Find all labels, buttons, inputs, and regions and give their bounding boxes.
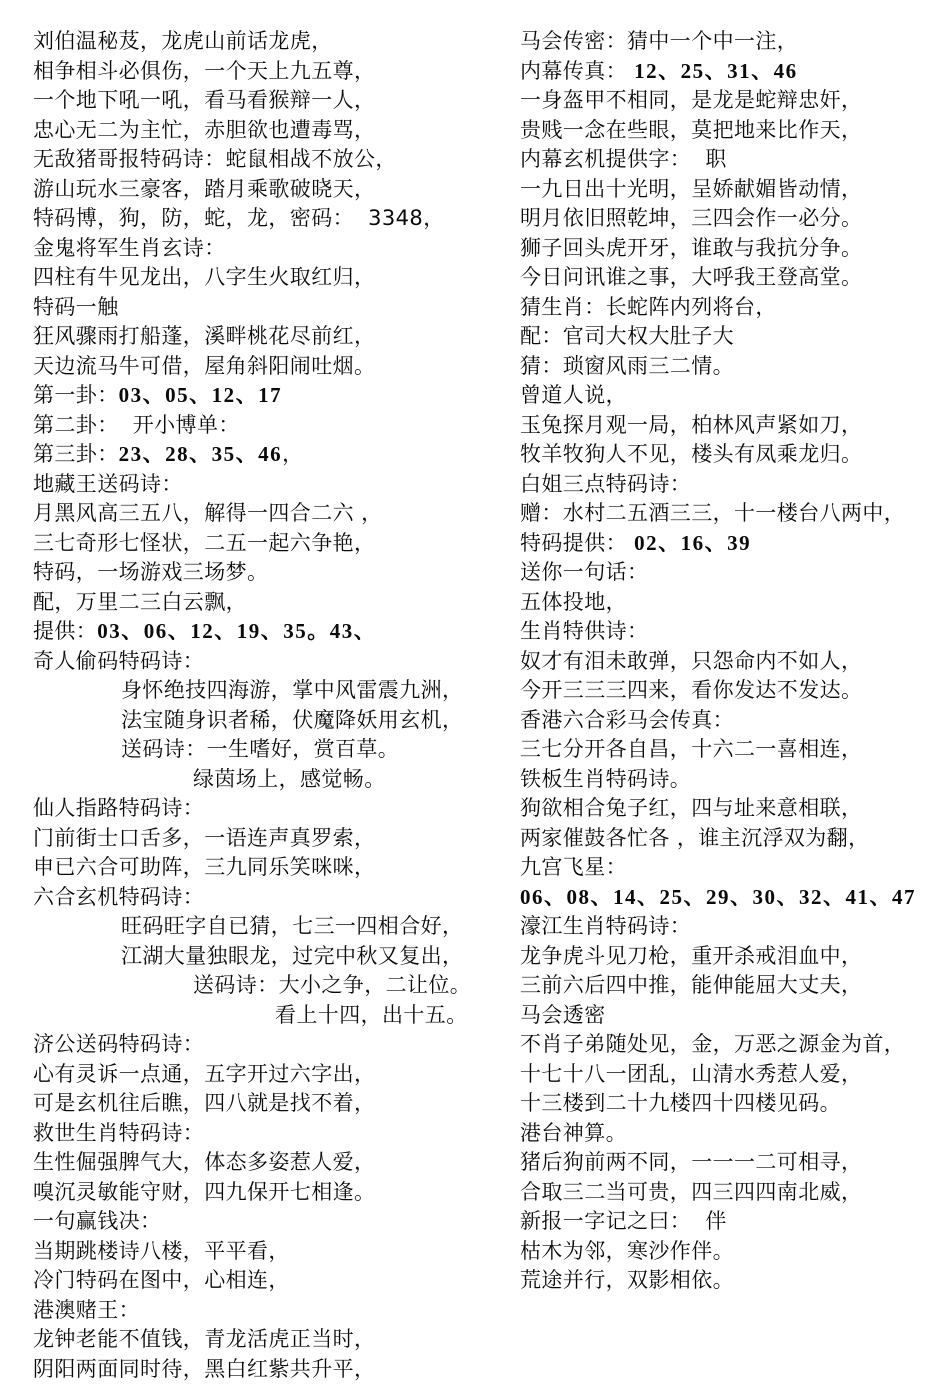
- text-run: 看上十四，出十五。: [275, 1003, 468, 1027]
- text-run: 送码诗：大小之争，二让位。: [193, 973, 471, 997]
- text-run: 马会透密: [520, 1003, 606, 1027]
- text-run: 相争相斗必俱伤，一个天上九五尊，: [33, 59, 375, 83]
- text-run: 新报一字记之曰： 伴: [520, 1209, 727, 1233]
- text-line: 白姐三点特码诗：: [520, 470, 932, 500]
- text-run: 阴阳两面同时待，黑白红紫共升平，: [33, 1357, 375, 1381]
- text-run: 马会传密：猜中一个中一注，: [520, 29, 798, 53]
- text-line: 猪后狗前两不同，一一一二可相寻，: [520, 1148, 932, 1178]
- text-run: 当期跳楼诗八楼，平平看，: [33, 1239, 290, 1263]
- number-run: 23、28、35、46: [119, 442, 283, 466]
- text-line: 送你一句话：: [520, 558, 932, 588]
- text-run: 送码诗：一生嗜好，赏百草。: [121, 737, 399, 761]
- text-line: 无敌猪哥报特码诗：蛇鼠相战不放公，: [33, 145, 498, 175]
- text-run: 身怀绝技四海游，掌中风雷震九洲，: [121, 678, 463, 702]
- text-line: 06、08、14、25、29、30、32、41、47: [520, 883, 932, 913]
- text-run: 三七奇形七怪状，二五一起六争艳，: [33, 531, 375, 555]
- text-line: 贵贱一念在些眼，莫把地来比作天，: [520, 116, 932, 146]
- text-run: 配：官司大权大肚子大: [520, 324, 734, 348]
- text-run: 地藏王送码诗：: [33, 472, 183, 496]
- text-run: 港台神算。: [520, 1121, 627, 1145]
- text-line: 天边流马牛可借，屋角斜阳闹吐烟。: [33, 352, 498, 382]
- text-run: 提供：: [33, 619, 97, 643]
- text-line: 玉兔探月观一局，柏林风声紧如刀，: [520, 411, 932, 441]
- text-run: 门前街士口舌多，一语连声真罗索，: [33, 826, 375, 850]
- text-run: 特码提供：: [520, 531, 634, 555]
- text-run: 合取三二当可贵，四三四四南北威，: [520, 1180, 862, 1204]
- text-line: 阴阳两面同时待，黑白红紫共升平，: [33, 1355, 498, 1385]
- text-run: 绿茵场上，感觉畅。: [193, 767, 386, 791]
- text-run: 第二卦： 开小博单：: [33, 413, 240, 437]
- text-line: 狂风骤雨打船蓬，溪畔桃花尽前红，: [33, 322, 498, 352]
- text-run: 法宝随身识者稀，伏魔降妖用玄机，: [121, 708, 463, 732]
- text-run: 游山玩水三豪客，踏月乘歌破晓天，: [33, 177, 375, 201]
- text-line: 可是玄机往后瞧，四八就是找不着，: [33, 1089, 498, 1119]
- text-line: 法宝随身识者稀，伏魔降妖用玄机，: [33, 706, 498, 736]
- text-line: 配：官司大权大肚子大: [520, 322, 932, 352]
- text-line: 特码，一场游戏三场梦。: [33, 558, 498, 588]
- text-run: 狗欲相合兔子红，四与址来意相联，: [520, 796, 862, 820]
- text-line: 送码诗：大小之争，二让位。: [33, 971, 498, 1001]
- text-run: 白姐三点特码诗：: [520, 472, 691, 496]
- text-line: 猜生肖：长蛇阵内列将台，: [520, 293, 932, 323]
- text-run: 忠心无二为主忙，赤胆欲也遭毒骂，: [33, 118, 375, 142]
- text-line: 一身盔甲不相同，是龙是蛇辩忠奸，: [520, 86, 932, 116]
- text-line: 濠江生肖特码诗：: [520, 912, 932, 942]
- text-line: 牧羊牧狗人不见，楼头有凤乘龙归。: [520, 440, 932, 470]
- text-run: 金鬼将军生肖玄诗：: [33, 236, 226, 260]
- text-run: 生肖特供诗：: [520, 619, 648, 643]
- text-line: 十三楼到二十九楼四十四楼见码。: [520, 1089, 932, 1119]
- text-line: 身怀绝技四海游，掌中风雷震九洲，: [33, 676, 498, 706]
- text-line: 济公送码特码诗：: [33, 1030, 498, 1060]
- text-line: 游山玩水三豪客，踏月乘歌破晓天，: [33, 175, 498, 205]
- text-run: 港澳赌王：: [33, 1298, 140, 1322]
- text-line: 提供：03、06、12、19、35。43、: [33, 617, 498, 647]
- text-run: 赠：水村二五酒三三，十一楼台八两中，: [520, 501, 905, 525]
- text-run: 今日问讯谁之事，大呼我王登高堂。: [520, 265, 862, 289]
- number-run: 02、16、39: [634, 531, 751, 555]
- text-run: 龙钟老能不值钱，青龙活虎正当时，: [33, 1327, 375, 1351]
- text-run: 十三楼到二十九楼四十四楼见码。: [520, 1091, 841, 1115]
- text-run: 救世生肖特码诗：: [33, 1121, 204, 1145]
- number-run: 06、08、14、25、29、30、32、41、47: [520, 885, 916, 909]
- text-line: 内幕传真： 12、25、31、46: [520, 57, 932, 87]
- text-run: 三七分开各自昌，十六二一喜相连，: [520, 737, 862, 761]
- text-run: 一个地下吼一吼，看马看猴辩一人，: [33, 88, 375, 112]
- text-line: 马会透密: [520, 1001, 932, 1031]
- text-line: 铁板生肖特码诗。: [520, 765, 932, 795]
- text-run: 狮子回头虎开牙，谁敢与我抗分争。: [520, 236, 862, 260]
- text-run: 仙人指路特码诗：: [33, 796, 204, 820]
- text-line: 三七分开各自昌，十六二一喜相连，: [520, 735, 932, 765]
- text-run: 十七十八一团乱，山清水秀惹人爱，: [520, 1062, 862, 1086]
- text-line: 冷门特码在图中，心相连，: [33, 1266, 498, 1296]
- text-run: 铁板生肖特码诗。: [520, 767, 691, 791]
- text-run: 狂风骤雨打船蓬，溪畔桃花尽前红，: [33, 324, 375, 348]
- text-line: 奴才有泪未敢弹，只怨命内不如人，: [520, 647, 932, 677]
- text-run: 冷门特码在图中，心相连，: [33, 1268, 290, 1292]
- text-line: 不肖子弟随处见，金，万恶之源金为首，: [520, 1030, 932, 1060]
- text-run: 特码一触: [33, 295, 119, 319]
- text-line: 金鬼将军生肖玄诗：: [33, 234, 498, 264]
- text-line: 九宫飞星：: [520, 853, 932, 883]
- text-line: 第三卦：23、28、35、46，: [33, 440, 498, 470]
- text-line: 救世生肖特码诗：: [33, 1119, 498, 1149]
- text-line: 心有灵诉一点通，五字开过六字出，: [33, 1060, 498, 1090]
- text-run: 猪后狗前两不同，一一一二可相寻，: [520, 1150, 862, 1174]
- text-line: 香港六合彩马会传真：: [520, 706, 932, 736]
- text-run: 生性倔强脾气大，体态多姿惹人爱，: [33, 1150, 375, 1174]
- text-line: 五体投地，: [520, 588, 932, 618]
- number-run: 03、05、12、17: [119, 383, 283, 407]
- text-run: 刘伯温秘芨，龙虎山前话龙虎，: [33, 29, 333, 53]
- text-run: 内幕传真：: [520, 59, 634, 83]
- text-run: 申已六合可助阵，三九同乐笑咪咪，: [33, 855, 375, 879]
- text-line: 赠：水村二五酒三三，十一楼台八两中，: [520, 499, 932, 529]
- text-line: 三七奇形七怪状，二五一起六争艳，: [33, 529, 498, 559]
- text-line: 特码一触: [33, 293, 498, 323]
- text-run: 一句赢钱决：: [33, 1209, 161, 1233]
- text-line: 荒途并行，双影相依。: [520, 1266, 932, 1296]
- text-line: 六合玄机特码诗：: [33, 883, 498, 913]
- text-run: 天边流马牛可借，屋角斜阳闹吐烟。: [33, 354, 375, 378]
- text-run: 四柱有牛见龙出，八字生火取红归，: [33, 265, 375, 289]
- text-run: 无敌猪哥报特码诗：蛇鼠相战不放公，: [33, 147, 397, 171]
- text-run: 猜生肖：长蛇阵内列将台，: [520, 295, 777, 319]
- text-run: 一身盔甲不相同，是龙是蛇辩忠奸，: [520, 88, 862, 112]
- text-run: 送你一句话：: [520, 560, 648, 584]
- text-run: 荒途并行，双影相依。: [520, 1268, 734, 1292]
- text-line: 一个地下吼一吼，看马看猴辩一人，: [33, 86, 498, 116]
- left-column: 刘伯温秘芨，龙虎山前话龙虎，相争相斗必俱伤，一个天上九五尊，一个地下吼一吼，看马…: [33, 27, 498, 1384]
- text-line: 四柱有牛见龙出，八字生火取红归，: [33, 263, 498, 293]
- text-line: 送码诗：一生嗜好，赏百草。: [33, 735, 498, 765]
- text-run: 心有灵诉一点通，五字开过六字出，: [33, 1062, 375, 1086]
- text-run: 明月依旧照乾坤，三四会作一必分。: [520, 206, 862, 230]
- text-line: 第二卦： 开小博单：: [33, 411, 498, 441]
- text-run: 嗅沉灵敏能守财，四九保开七相逢。: [33, 1180, 375, 1204]
- text-line: 今日问讯谁之事，大呼我王登高堂。: [520, 263, 932, 293]
- text-line: 地藏王送码诗：: [33, 470, 498, 500]
- text-line: 一九日出十光明，呈娇献媚皆动情，: [520, 175, 932, 205]
- text-run: ，: [282, 442, 303, 466]
- text-line: 绿茵场上，感觉畅。: [33, 765, 498, 795]
- text-line: 仙人指路特码诗：: [33, 794, 498, 824]
- text-run: 枯木为邻，寒沙作伴。: [520, 1239, 734, 1263]
- text-line: 新报一字记之曰： 伴: [520, 1207, 932, 1237]
- text-line: 申已六合可助阵，三九同乐笑咪咪，: [33, 853, 498, 883]
- text-run: 奴才有泪未敢弹，只怨命内不如人，: [520, 649, 862, 673]
- text-line: 港台神算。: [520, 1119, 932, 1149]
- text-line: 港澳赌王：: [33, 1296, 498, 1326]
- text-run: 两家催鼓各忙各 ，谁主沉浮双为翻，: [520, 826, 869, 850]
- text-run: 江湖大量独眼龙，过完中秋又复出，: [121, 944, 463, 968]
- number-run: 03、06、12、19、35。43、: [97, 619, 376, 643]
- text-line: 马会传密：猜中一个中一注，: [520, 27, 932, 57]
- text-line: 相争相斗必俱伤，一个天上九五尊，: [33, 57, 498, 87]
- text-line: 枯木为邻，寒沙作伴。: [520, 1237, 932, 1267]
- text-run: 六合玄机特码诗：: [33, 885, 204, 909]
- text-line: 月黑风高三五八，解得一四合二六 ，: [33, 499, 498, 529]
- text-run: 旺码旺字自已猜，七三一四相合好，: [121, 914, 463, 938]
- text-run: 特码，一场游戏三场梦。: [33, 560, 268, 584]
- text-line: 特码提供： 02、16、39: [520, 529, 932, 559]
- text-line: 门前街士口舌多，一语连声真罗索，: [33, 824, 498, 854]
- text-run: 香港六合彩马会传真：: [520, 708, 734, 732]
- text-line: 嗅沉灵敏能守财，四九保开七相逢。: [33, 1178, 498, 1208]
- text-line: 生性倔强脾气大，体态多姿惹人爱，: [33, 1148, 498, 1178]
- text-run: 月黑风高三五八，解得一四合二六 ，: [33, 501, 382, 525]
- text-line: 看上十四，出十五。: [33, 1001, 498, 1031]
- text-run: 济公送码特码诗：: [33, 1032, 204, 1056]
- text-line: 奇人偷码特码诗：: [33, 647, 498, 677]
- text-line: 刘伯温秘芨，龙虎山前话龙虎，: [33, 27, 498, 57]
- text-line: 内幕玄机提供字： 职: [520, 145, 932, 175]
- text-line: 第一卦：03、05、12、17: [33, 381, 498, 411]
- text-line: 龙争虎斗见刀枪，重开杀戒泪血中，: [520, 942, 932, 972]
- text-run: 濠江生肖特码诗：: [520, 914, 691, 938]
- text-run: 可是玄机往后瞧，四八就是找不着，: [33, 1091, 375, 1115]
- text-run: 内幕玄机提供字： 职: [520, 147, 727, 171]
- text-line: 合取三二当可贵，四三四四南北威，: [520, 1178, 932, 1208]
- text-line: 猜：琐窗风雨三二情。: [520, 352, 932, 382]
- text-line: 狗欲相合兔子红，四与址来意相联，: [520, 794, 932, 824]
- text-run: 第一卦：: [33, 383, 119, 407]
- text-run: 曾道人说，: [520, 383, 627, 407]
- text-line: 特码博，狗，防，蛇，龙，密码： 3348，: [33, 204, 498, 234]
- text-line: 两家催鼓各忙各 ，谁主沉浮双为翻，: [520, 824, 932, 854]
- text-run: 九宫飞星：: [520, 855, 627, 879]
- text-line: 今开三三三四来，看你发达不发达。: [520, 676, 932, 706]
- text-line: 生肖特供诗：: [520, 617, 932, 647]
- text-run: 配，万里二三白云飘，: [33, 590, 247, 614]
- text-line: 三前六后四中推，能伸能屈大丈夫，: [520, 971, 932, 1001]
- text-run: 三前六后四中推，能伸能屈大丈夫，: [520, 973, 862, 997]
- document-page: 刘伯温秘芨，龙虎山前话龙虎，相争相斗必俱伤，一个天上九五尊，一个地下吼一吼，看马…: [0, 0, 937, 1391]
- text-line: 龙钟老能不值钱，青龙活虎正当时，: [33, 1325, 498, 1355]
- text-line: 狮子回头虎开牙，谁敢与我抗分争。: [520, 234, 932, 264]
- text-line: 明月依旧照乾坤，三四会作一必分。: [520, 204, 932, 234]
- text-run: 五体投地，: [520, 590, 627, 614]
- text-line: 忠心无二为主忙，赤胆欲也遭毒骂，: [33, 116, 498, 146]
- text-line: 曾道人说，: [520, 381, 932, 411]
- text-run: 一九日出十光明，呈娇献媚皆动情，: [520, 177, 862, 201]
- text-run: 奇人偷码特码诗：: [33, 649, 204, 673]
- text-run: 第三卦：: [33, 442, 119, 466]
- text-run: 今开三三三四来，看你发达不发达。: [520, 678, 862, 702]
- number-run: 12、25、31、46: [634, 59, 798, 83]
- text-line: 旺码旺字自已猜，七三一四相合好，: [33, 912, 498, 942]
- text-line: 一句赢钱决：: [33, 1207, 498, 1237]
- text-line: 江湖大量独眼龙，过完中秋又复出，: [33, 942, 498, 972]
- text-run: 猜：琐窗风雨三二情。: [520, 354, 734, 378]
- text-run: 特码博，狗，防，蛇，龙，密码： 3348，: [33, 206, 445, 230]
- text-run: 牧羊牧狗人不见，楼头有凤乘龙归。: [520, 442, 862, 466]
- text-run: 龙争虎斗见刀枪，重开杀戒泪血中，: [520, 944, 862, 968]
- right-column: 马会传密：猜中一个中一注，内幕传真： 12、25、31、46一身盔甲不相同，是龙…: [520, 27, 932, 1296]
- text-run: 不肖子弟随处见，金，万恶之源金为首，: [520, 1032, 905, 1056]
- text-line: 配，万里二三白云飘，: [33, 588, 498, 618]
- text-line: 十七十八一团乱，山清水秀惹人爱，: [520, 1060, 932, 1090]
- text-run: 贵贱一念在些眼，莫把地来比作天，: [520, 118, 862, 142]
- text-line: 当期跳楼诗八楼，平平看，: [33, 1237, 498, 1267]
- text-run: 玉兔探月观一局，柏林风声紧如刀，: [520, 413, 862, 437]
